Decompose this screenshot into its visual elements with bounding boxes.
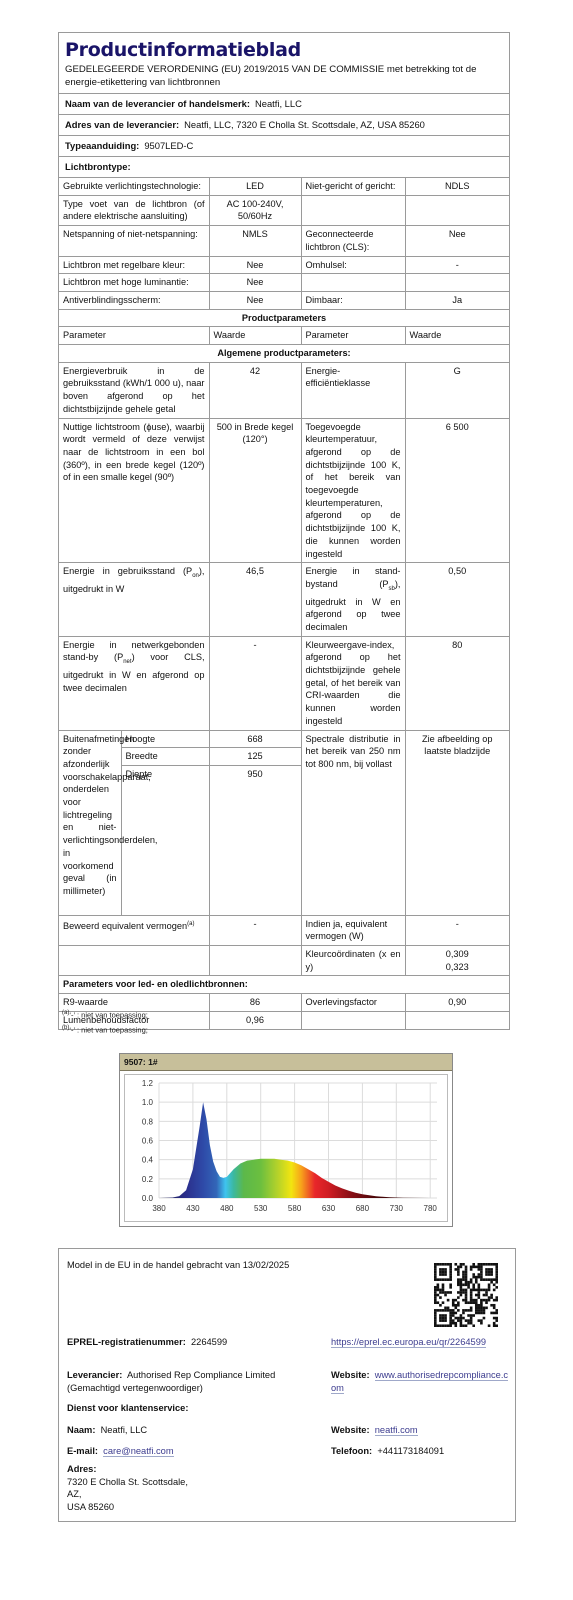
placed-on-market: Model in de EU in de handel gebracht van… (67, 1259, 289, 1272)
dimensions-cell: Buitenafmetingen zonder afzonderlijk voo… (59, 730, 209, 915)
lightsource-l1-2: Netspanning of niet-netspanning: (59, 226, 209, 256)
equiv-w-label: Indien ja, equivalent vermogen (W) (301, 915, 405, 945)
lightsource-v2-4 (405, 274, 509, 292)
regulation-subtitle: GEDELEGEERDE VERORDENING (EU) 2019/2015 … (59, 63, 509, 94)
chart-title: 9507: 1# (120, 1054, 452, 1071)
energy-class-label: Energie-efficiëntieklasse (301, 362, 405, 418)
lightsource-v1-0: LED (209, 178, 301, 196)
dimensions-label: Buitenafmetingen zonder afzonderlijk voo… (59, 731, 121, 915)
email-link[interactable]: care@neatfi.com (103, 1446, 173, 1457)
supplier-name-label: Naam van de leverancier of handelsmerk: (65, 98, 250, 109)
svg-text:730: 730 (390, 1204, 404, 1213)
service-website-row: Website: neatfi.com (331, 1424, 418, 1437)
lightsource-l2-2: Geconnecteerde lichtbron (CLS): (301, 226, 405, 256)
svg-text:1.2: 1.2 (142, 1079, 154, 1088)
cri-label: Kleurweergave-index, afgerond op het dic… (301, 636, 405, 730)
email-row: E-mail: care@neatfi.com (67, 1445, 174, 1458)
dim-depth-value: 950 (210, 766, 301, 783)
pon-label: Energie in gebruiksstand (Pon), uitgedru… (59, 563, 209, 636)
address-block: Adres: 7320 E Cholla St. Scottsdale, AZ,… (67, 1463, 188, 1513)
model-row: Typeaanduiding:9507LED-C (59, 136, 509, 157)
energy-use-value: 42 (209, 362, 301, 418)
svg-text:630: 630 (322, 1204, 336, 1213)
lightsource-v2-2: Nee (405, 226, 509, 256)
lightsource-l2-4 (301, 274, 405, 292)
section-general-parameters: Algemene productparameters: (59, 345, 509, 363)
energy-use-label: Energieverbruik in de gebruiksstand (kWh… (59, 362, 209, 418)
supplier-address-label: Adres van de leverancier: (65, 119, 179, 130)
dimensions-values: 668 125 950 (209, 730, 301, 915)
model-label: Typeaanduiding: (65, 140, 139, 151)
survival-label: Overlevingsfactor (301, 994, 405, 1012)
svg-text:0.8: 0.8 (142, 1117, 154, 1126)
psb-label: Energie in stand-bystand (Psb), uitgedru… (301, 563, 405, 636)
table-row: Nuttige lichtstroom (ϕuse), waarbij word… (59, 418, 509, 563)
table-row: Buitenafmetingen zonder afzonderlijk voo… (59, 730, 509, 915)
phone-row: Telefoon: +441173184091 (331, 1445, 444, 1458)
section-product-parameters: Productparameters (59, 309, 509, 327)
table-row: Lichtbron met hoge luminantie:Nee (59, 274, 509, 292)
svg-text:0.2: 0.2 (142, 1175, 154, 1184)
table-row: Kleurcoördinaten (x en y) 0,3090,323 (59, 946, 509, 976)
spd-label: Spectrale distributie in het bereik van … (301, 730, 405, 915)
svg-text:1.0: 1.0 (142, 1098, 154, 1107)
lightsource-v1-1: AC 100-240V, 50/60Hz (209, 195, 301, 225)
table-row: Energieverbruik in de gebruiksstand (kWh… (59, 362, 509, 418)
spectral-distribution-chart: 9507: 1# 0.00.20.40.60.81.01.23804304805… (119, 1053, 453, 1227)
r9-label: R9-waarde (59, 994, 209, 1012)
psb-value: 0,50 (405, 563, 509, 636)
model-value: 9507LED-C (144, 140, 193, 151)
qr-code-icon[interactable] (434, 1263, 498, 1327)
service-website-link[interactable]: neatfi.com (375, 1425, 418, 1436)
pon-value: 46,5 (209, 563, 301, 636)
lightsource-type-row: Lichtbrontype: (59, 157, 509, 177)
column-header-row: Parameter Waarde Parameter Waarde (59, 327, 509, 345)
lumen-value: 0,96 (209, 1011, 301, 1029)
cct-value: 6 500 (405, 418, 509, 563)
lightsource-l1-1: Type voet van de lichtbron (of andere el… (59, 195, 209, 225)
service-name-row: Naam: Neatfi, LLC (67, 1424, 147, 1437)
lightsource-l2-1 (301, 195, 405, 225)
pnet-value: - (209, 636, 301, 730)
lightsource-v1-4: Nee (209, 274, 301, 292)
lightsource-v2-1 (405, 195, 509, 225)
flux-value: 500 in Brede kegel (120°) (209, 418, 301, 563)
lightsource-v2-0: NDLS (405, 178, 509, 196)
equiv-w-value: - (405, 915, 509, 945)
dim-height-value: 668 (210, 731, 301, 749)
lightsource-type-label: Lichtbrontype: (65, 161, 131, 172)
table-row: Lichtbron met regelbare kleur:NeeOmhulse… (59, 256, 509, 274)
footnote-b: (b)‘-’ : niet van toepassing; (62, 1025, 148, 1035)
table-row: Energie in gebruiksstand (Pon), uitgedru… (59, 563, 509, 636)
footnote-a: (a)‘-’ : niet van toepassing; (62, 1010, 148, 1020)
table-row: Beweerd equivalent vermogen(a) - Indien … (59, 915, 509, 945)
dim-depth-label: Diepte (121, 765, 209, 782)
supplier-website-row: Website: www.authorisedrepcompliance.com (331, 1369, 511, 1394)
flux-label: Nuttige lichtstroom (ϕuse), waarbij word… (59, 418, 209, 563)
supplier-name-value: Neatfi, LLC (255, 98, 302, 109)
svg-text:480: 480 (220, 1204, 234, 1213)
spd-value: Zie afbeelding op laatste bladzijde (405, 730, 509, 915)
lightsource-v1-2: NMLS (209, 226, 301, 256)
lightsource-l1-0: Gebruikte verlichtingstechnologie: (59, 178, 209, 196)
eprel-link[interactable]: https://eprel.ec.europa.eu/qr/2264599 (331, 1337, 486, 1348)
svg-text:580: 580 (288, 1204, 302, 1213)
table-row: Antiverblindingsscherm:NeeDimbaar:Ja (59, 291, 509, 309)
survival-value: 0,90 (405, 994, 509, 1012)
section-led-parameters: Parameters voor led- en oledlichtbronnen… (59, 976, 509, 994)
page-title: Productinformatieblad (59, 33, 509, 63)
dimensions-subtable: Buitenafmetingen zonder afzonderlijk voo… (59, 731, 209, 915)
eprel-number-row: EPREL-registratienummer: 2264599 (67, 1336, 227, 1349)
equiv-label: Beweerd equivalent vermogen(a) (59, 915, 209, 945)
col-value: Waarde (209, 327, 301, 345)
svg-text:0.4: 0.4 (142, 1156, 154, 1165)
equiv-value: - (209, 915, 301, 945)
table-row: Type voet van de lichtbron (of andere el… (59, 195, 509, 225)
svg-text:530: 530 (254, 1204, 268, 1213)
eprel-card: Model in de EU in de handel gebracht van… (58, 1248, 516, 1522)
dim-width-value: 125 (210, 748, 301, 766)
dim-width-label: Breedte (121, 748, 209, 766)
supplier-row: Leverancier: Authorised Rep Compliance L… (67, 1369, 322, 1394)
lightsource-l2-3: Omhulsel: (301, 256, 405, 274)
svg-text:680: 680 (356, 1204, 370, 1213)
supplier-address-value: Neatfi, LLC, 7320 E Cholla St. Scottsdal… (184, 119, 425, 130)
svg-text:0.0: 0.0 (142, 1194, 154, 1203)
table-row: Netspanning of niet-netspanning:NMLSGeco… (59, 226, 509, 256)
lightsource-l1-5: Antiverblindingsscherm: (59, 291, 209, 309)
supplier-address-row: Adres van de leverancier:Neatfi, LLC, 73… (59, 115, 509, 136)
col-parameter-2: Parameter (301, 327, 405, 345)
svg-text:780: 780 (424, 1204, 438, 1213)
r9-value: 86 (209, 994, 301, 1012)
lightsource-l1-3: Lichtbron met regelbare kleur: (59, 256, 209, 274)
table-row: Energie in netwerkgebonden stand-by (Pne… (59, 636, 509, 730)
lightsource-l2-0: Niet-gericht of gericht: (301, 178, 405, 196)
lightsource-l1-4: Lichtbron met hoge luminantie: (59, 274, 209, 292)
svg-text:0.6: 0.6 (142, 1137, 154, 1146)
cct-label: Toegevoegde kleurtemperatuur, afgerond o… (301, 418, 405, 563)
table-row: Gebruikte verlichtingstechnologie:LEDNie… (59, 178, 509, 196)
lightsource-v1-3: Nee (209, 256, 301, 274)
xy-value: 0,3090,323 (405, 946, 509, 976)
col-value-2: Waarde (405, 327, 509, 345)
lightsource-v2-5: Ja (405, 291, 509, 309)
lightsource-v2-3: - (405, 256, 509, 274)
svg-text:380: 380 (152, 1204, 166, 1213)
customer-service-title: Dienst voor klantenservice: (67, 1402, 188, 1415)
product-info-sheet: Productinformatieblad GEDELEGEERDE VEROR… (58, 32, 510, 1030)
supplier-name-row: Naam van de leverancier of handelsmerk:N… (59, 94, 509, 115)
lightsource-l2-5: Dimbaar: (301, 291, 405, 309)
xy-label: Kleurcoördinaten (x en y) (301, 946, 405, 976)
cri-value: 80 (405, 636, 509, 730)
energy-class-value: G (405, 362, 509, 418)
svg-text:430: 430 (186, 1204, 200, 1213)
table-row: R9-waarde 86 Overlevingsfactor 0,90 (59, 994, 509, 1012)
spectrum-plot: 0.00.20.40.60.81.01.23804304805305806306… (125, 1075, 447, 1221)
spec-table: Gebruikte verlichtingstechnologie:LEDNie… (59, 177, 509, 1030)
dim-height-label: Hoogte (121, 731, 209, 748)
lightsource-v1-5: Nee (209, 291, 301, 309)
pnet-label: Energie in netwerkgebonden stand-by (Pne… (59, 636, 209, 730)
col-parameter: Parameter (59, 327, 209, 345)
